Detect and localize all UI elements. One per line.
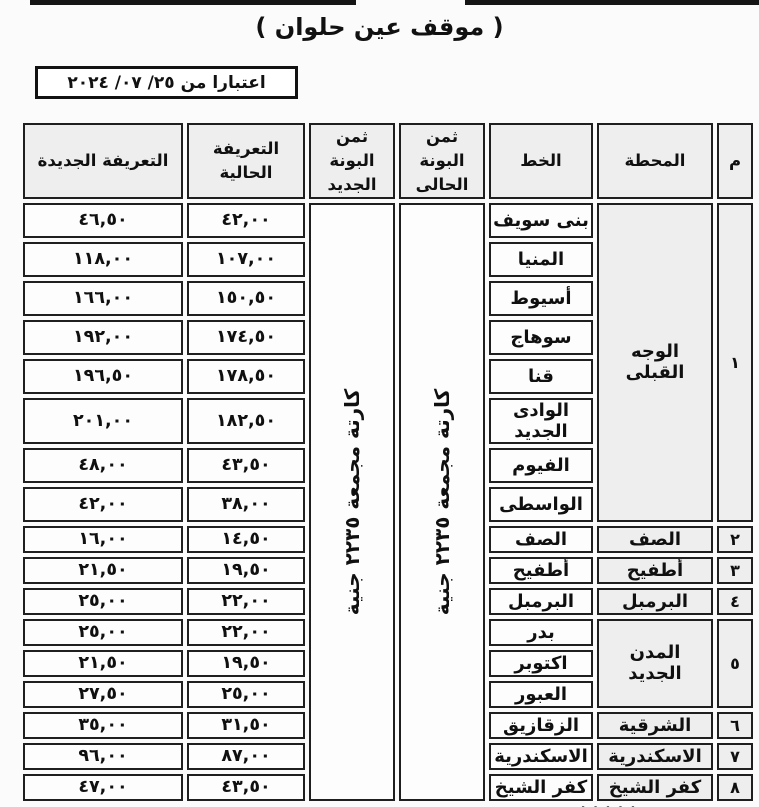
tariff-new-cell: ٤٢,٠٠: [23, 487, 183, 522]
tariff-current-cell: ١٩,٥٠: [187, 650, 305, 677]
tariff-current-cell: ٣١,٥٠: [187, 712, 305, 739]
line-cell: كفر الشيخ: [489, 774, 593, 801]
station-cell: الاسكندرية: [597, 743, 713, 770]
tariff-new-cell: ٢٠١,٠٠: [23, 398, 183, 444]
tariff-current-cell: ٤٣,٥٠: [187, 448, 305, 483]
tariff-current-cell: ٨٧,٠٠: [187, 743, 305, 770]
station-cell: الشرقية: [597, 712, 713, 739]
header-number: م: [717, 123, 753, 199]
tariff-new-cell: ٢١,٥٠: [23, 650, 183, 677]
tariff-current-cell: ٢٢,٠٠: [187, 588, 305, 615]
line-cell: بنى سويف: [489, 203, 593, 238]
tariff-new-cell: ٤٨,٠٠: [23, 448, 183, 483]
tariff-current-cell: ١٠٧,٠٠: [187, 242, 305, 277]
group-number-cell: ٧: [717, 743, 753, 770]
bonus-card-current-text: كارتة مجمعة ٢٢٣٥ جنية: [430, 389, 454, 616]
tariff-new-cell: ١٩٢,٠٠: [23, 320, 183, 355]
line-cell: العبور: [489, 681, 593, 708]
tariff-current-cell: ١٧٤,٥٠: [187, 320, 305, 355]
line-cell: سوهاج: [489, 320, 593, 355]
fare-table-body: ١الوجه القبلىبنى سويفكارتة مجمعة ٢٢٣٥ جن…: [23, 203, 753, 801]
station-cell: البرمبل: [597, 588, 713, 615]
tariff-new-cell: ١١٨,٠٠: [23, 242, 183, 277]
line-cell: أطفيح: [489, 557, 593, 584]
tariff-new-cell: ٢٥,٠٠: [23, 588, 183, 615]
tariff-new-cell: ٢١,٥٠: [23, 557, 183, 584]
line-cell: المنيا: [489, 242, 593, 277]
header-station: المحطة: [597, 123, 713, 199]
group-number-cell: ٢: [717, 526, 753, 553]
tariff-current-cell: ٤٣,٥٠: [187, 774, 305, 801]
line-cell: الفيوم: [489, 448, 593, 483]
group-number-cell: ١: [717, 203, 753, 522]
line-cell: بدر: [489, 619, 593, 646]
header-line: الخط: [489, 123, 593, 199]
station-cell: المدن الجديد: [597, 619, 713, 708]
line-cell: قنا: [489, 359, 593, 394]
line-cell: اكتوبر: [489, 650, 593, 677]
fare-table-header: م المحطة الخط ثمن البونة الحالى ثمن البو…: [23, 123, 753, 199]
tariff-current-cell: ٢٥,٠٠: [187, 681, 305, 708]
tariff-current-cell: ١٩,٥٠: [187, 557, 305, 584]
header-tariff-new: التعريفة الجديدة: [23, 123, 183, 199]
group-number-cell: ٣: [717, 557, 753, 584]
group-number-cell: ٥: [717, 619, 753, 708]
station-cell: الصف: [597, 526, 713, 553]
effective-date-box: اعتبارا من ٢٥/ ٠٧/ ٢٠٢٤: [35, 66, 298, 99]
document-page: ( موقف عين حلوان ) اعتبارا من ٢٥/ ٠٧/ ٢٠…: [0, 0, 759, 807]
tariff-current-cell: ٣٨,٠٠: [187, 487, 305, 522]
tariff-new-cell: ٤٦,٥٠: [23, 203, 183, 238]
header-tariff-current: التعريفة الحالية: [187, 123, 305, 199]
tariff-new-cell: ٢٧,٥٠: [23, 681, 183, 708]
bonus-new-column-cell: كارتة مجمعة ٢٢٣٥ جنية: [309, 203, 395, 801]
group-number-cell: ٦: [717, 712, 753, 739]
cut-off-footer-text: ٠ ٠ ٠ ٠ ٠: [553, 801, 663, 807]
tariff-current-cell: ١٧٨,٥٠: [187, 359, 305, 394]
tariff-new-cell: ١٦,٠٠: [23, 526, 183, 553]
station-cell: كفر الشيخ: [597, 774, 713, 801]
page-title: ( موقف عين حلوان ): [0, 13, 759, 41]
table-row: ١الوجه القبلىبنى سويفكارتة مجمعة ٢٢٣٥ جن…: [23, 203, 753, 238]
effective-date-text: اعتبارا من ٢٥/ ٠٧/ ٢٠٢٤: [67, 73, 265, 93]
tariff-current-cell: ١٨٢,٥٠: [187, 398, 305, 444]
cut-off-top-border-right: [465, 0, 759, 5]
station-cell: أطفيح: [597, 557, 713, 584]
cut-off-top-border-left: [30, 0, 356, 5]
header-bonus-new: ثمن البونة الجديد: [309, 123, 395, 199]
fare-table-container: م المحطة الخط ثمن البونة الحالى ثمن البو…: [35, 119, 757, 805]
header-bonus-current: ثمن البونة الحالى: [399, 123, 485, 199]
line-cell: الوادى الجديد: [489, 398, 593, 444]
line-cell: الزقازيق: [489, 712, 593, 739]
line-cell: الاسكندرية: [489, 743, 593, 770]
line-cell: البرمبل: [489, 588, 593, 615]
group-number-cell: ٨: [717, 774, 753, 801]
bonus-card-new-text: كارتة مجمعة ٢٢٣٥ جنية: [340, 389, 364, 616]
bonus-current-column-cell: كارتة مجمعة ٢٢٣٥ جنية: [399, 203, 485, 801]
tariff-current-cell: ١٥٠,٥٠: [187, 281, 305, 316]
tariff-current-cell: ٤٢,٠٠: [187, 203, 305, 238]
tariff-current-cell: ١٤,٥٠: [187, 526, 305, 553]
line-cell: أسيوط: [489, 281, 593, 316]
group-number-cell: ٤: [717, 588, 753, 615]
tariff-new-cell: ١٩٦,٥٠: [23, 359, 183, 394]
fare-table: م المحطة الخط ثمن البونة الحالى ثمن البو…: [19, 119, 757, 805]
tariff-new-cell: ٩٦,٠٠: [23, 743, 183, 770]
tariff-new-cell: ٣٥,٠٠: [23, 712, 183, 739]
tariff-new-cell: ٤٧,٠٠: [23, 774, 183, 801]
tariff-new-cell: ١٦٦,٠٠: [23, 281, 183, 316]
tariff-current-cell: ٢٢,٠٠: [187, 619, 305, 646]
line-cell: الواسطى: [489, 487, 593, 522]
station-cell: الوجه القبلى: [597, 203, 713, 522]
tariff-new-cell: ٢٥,٠٠: [23, 619, 183, 646]
line-cell: الصف: [489, 526, 593, 553]
